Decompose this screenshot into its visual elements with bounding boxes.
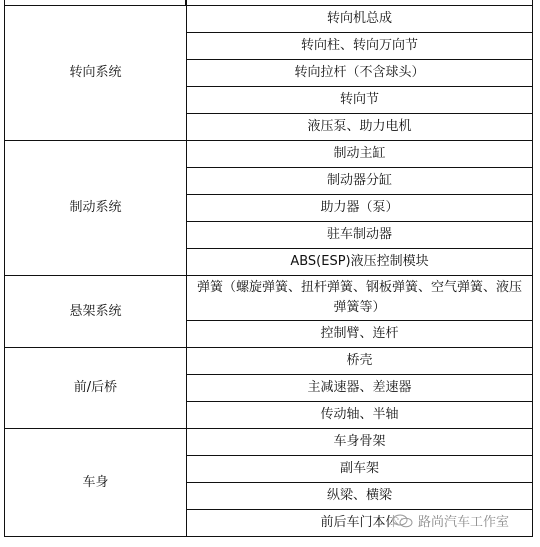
item-cell: 弹簧（螺旋弹簧、扭杆弹簧、钢板弹簧、空气弹簧、液压弹簧等） [187, 276, 533, 321]
item-cell: 转向机总成 [187, 6, 533, 33]
table-row: 悬架系统 弹簧（螺旋弹簧、扭杆弹簧、钢板弹簧、空气弹簧、液压弹簧等） [5, 276, 533, 321]
table-row: 前/后桥 桥壳 [5, 348, 533, 375]
table-row: 转向系统 转向机总成 [5, 6, 533, 33]
parts-table: 转向系统 转向机总成 转向柱、转向万向节 转向拉杆（不含球头） 转向节 液压泵、… [4, 5, 533, 537]
item-cell: 转向柱、转向万向节 [187, 33, 533, 60]
item-cell: 主减速器、差速器 [187, 375, 533, 402]
category-cell-steering: 转向系统 [5, 6, 187, 141]
item-cell: 液压泵、助力电机 [187, 114, 533, 141]
item-cell: 桥壳 [187, 348, 533, 375]
category-cell-brake: 制动系统 [5, 141, 187, 276]
item-cell: 纵梁、横梁 [187, 483, 533, 510]
item-cell: 制动主缸 [187, 141, 533, 168]
item-cell: 转向拉杆（不含球头） [187, 60, 533, 87]
table-row: 车身 车身骨架 [5, 429, 533, 456]
watermark-text: 路尚汽车工作室 [418, 511, 509, 530]
item-cell: 助力器（泵） [187, 195, 533, 222]
item-cell: 车身骨架 [187, 429, 533, 456]
item-cell: 控制臂、连杆 [187, 321, 533, 348]
wechat-icon [392, 514, 414, 528]
item-cell: 转向节 [187, 87, 533, 114]
category-cell-body: 车身 [5, 429, 187, 537]
category-cell-axle: 前/后桥 [5, 348, 187, 429]
parts-table-container: 转向系统 转向机总成 转向柱、转向万向节 转向拉杆（不含球头） 转向节 液压泵、… [4, 5, 533, 537]
table-row: 制动系统 制动主缸 [5, 141, 533, 168]
item-cell: 制动器分缸 [187, 168, 533, 195]
item-cell: ABS(ESP)液压控制模块 [187, 249, 533, 276]
item-cell: 驻车制动器 [187, 222, 533, 249]
watermark: 路尚汽车工作室 [392, 511, 509, 530]
category-cell-suspension: 悬架系统 [5, 276, 187, 348]
item-cell: 副车架 [187, 456, 533, 483]
item-cell: 传动轴、半轴 [187, 402, 533, 429]
